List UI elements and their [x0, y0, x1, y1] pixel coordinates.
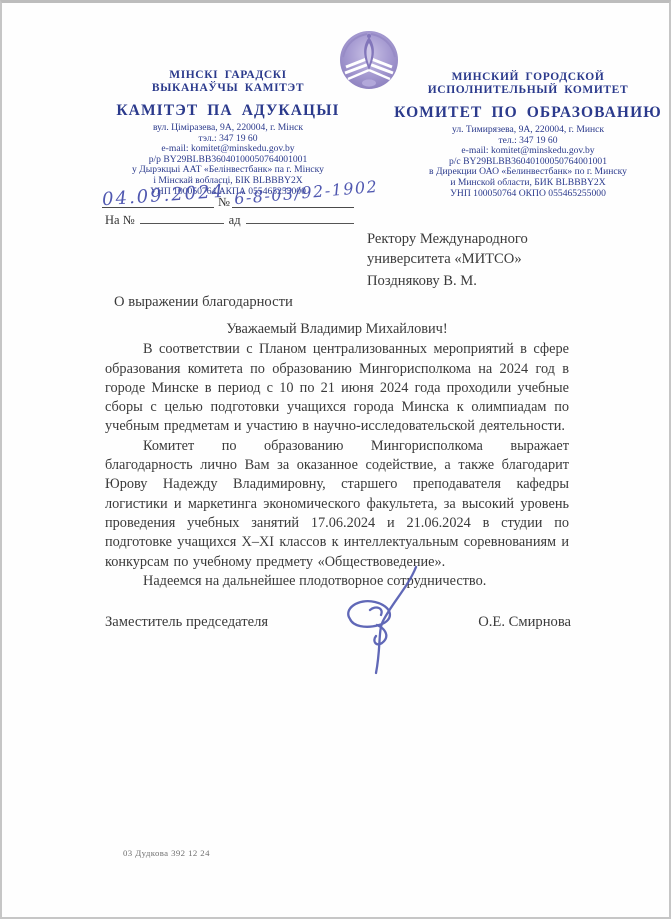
- reply-na-label: На №: [105, 213, 135, 227]
- org-name-line: МИНСКИЙ ГОРОДСКОЙ: [388, 71, 668, 84]
- body-paragraph: Комитет по образованию Мингорисполкома в…: [105, 437, 569, 572]
- signature-row: Заместитель председателя О.Е. Смирнова: [105, 614, 571, 631]
- reply-number-blank: [140, 212, 224, 224]
- body-paragraph: В соответствии с Планом централизованных…: [105, 340, 569, 436]
- executor-footer: 03 Дудкова 392 12 24: [123, 848, 210, 858]
- org-name-line: ИСПОЛНИТЕЛЬНЫЙ КОМИТЕТ: [388, 84, 668, 97]
- letterhead-unp: УНП 100050764 ОКПО 055465255000: [388, 189, 668, 200]
- reply-reference-line: На №ад: [105, 212, 359, 228]
- signer-name: О.Е. Смирнова: [478, 614, 571, 631]
- recipient-block: Ректору Международного университета «МИТ…: [367, 230, 528, 292]
- recipient-line: университета «МИТСО»: [367, 250, 528, 270]
- letterhead-left-belarusian: МІНСКІ ГАРАДСКІ ВЫКАНАЎЧЫ КАМІТЭТ КАМІТЭ…: [88, 69, 368, 197]
- recipient-name: Позднякову В. М.: [367, 272, 528, 292]
- letterhead-bic: и Минской области, БИК BLBBBY2X: [388, 178, 668, 189]
- committee-title: КОМИТЕТ ПО ОБРАЗОВАНИЮ: [388, 104, 668, 121]
- letterhead-address: ул. Тимирязева, 9А, 220004, г. Минск: [388, 125, 668, 136]
- closing-line: Надеемся на дальнейшее плодотворное сотр…: [105, 572, 569, 591]
- letterhead-right-russian: МИНСКИЙ ГОРОДСКОЙ ИСПОЛНИТЕЛЬНЫЙ КОМИТЕТ…: [388, 71, 668, 199]
- date-underline: [102, 207, 214, 208]
- letterhead-address: вул. Ціміразева, 9А, 220004, г. Мінск: [88, 123, 368, 134]
- committee-title: КАМІТЭТ ПА АДУКАЦЫІ: [88, 102, 368, 119]
- reply-date-blank: [246, 212, 354, 224]
- subject-line: О выражении благодарности: [114, 294, 293, 311]
- number-sign-label: №: [218, 195, 230, 210]
- reply-ad-label: ад: [229, 213, 241, 227]
- org-name-line: МІНСКІ ГАРАДСКІ: [88, 69, 368, 82]
- recipient-line: Ректору Международного: [367, 230, 528, 250]
- letter-body: Уважаемый Владимир Михайлович! В соответ…: [105, 320, 569, 591]
- signer-position: Заместитель председателя: [105, 614, 268, 631]
- org-name-line: ВЫКАНАЎЧЫ КАМІТЭТ: [88, 82, 368, 95]
- scanned-letter-page: МІНСКІ ГАРАДСКІ ВЫКАНАЎЧЫ КАМІТЭТ КАМІТЭ…: [0, 0, 671, 919]
- number-underline: [232, 207, 354, 208]
- salutation: Уважаемый Владимир Михайлович!: [105, 320, 569, 339]
